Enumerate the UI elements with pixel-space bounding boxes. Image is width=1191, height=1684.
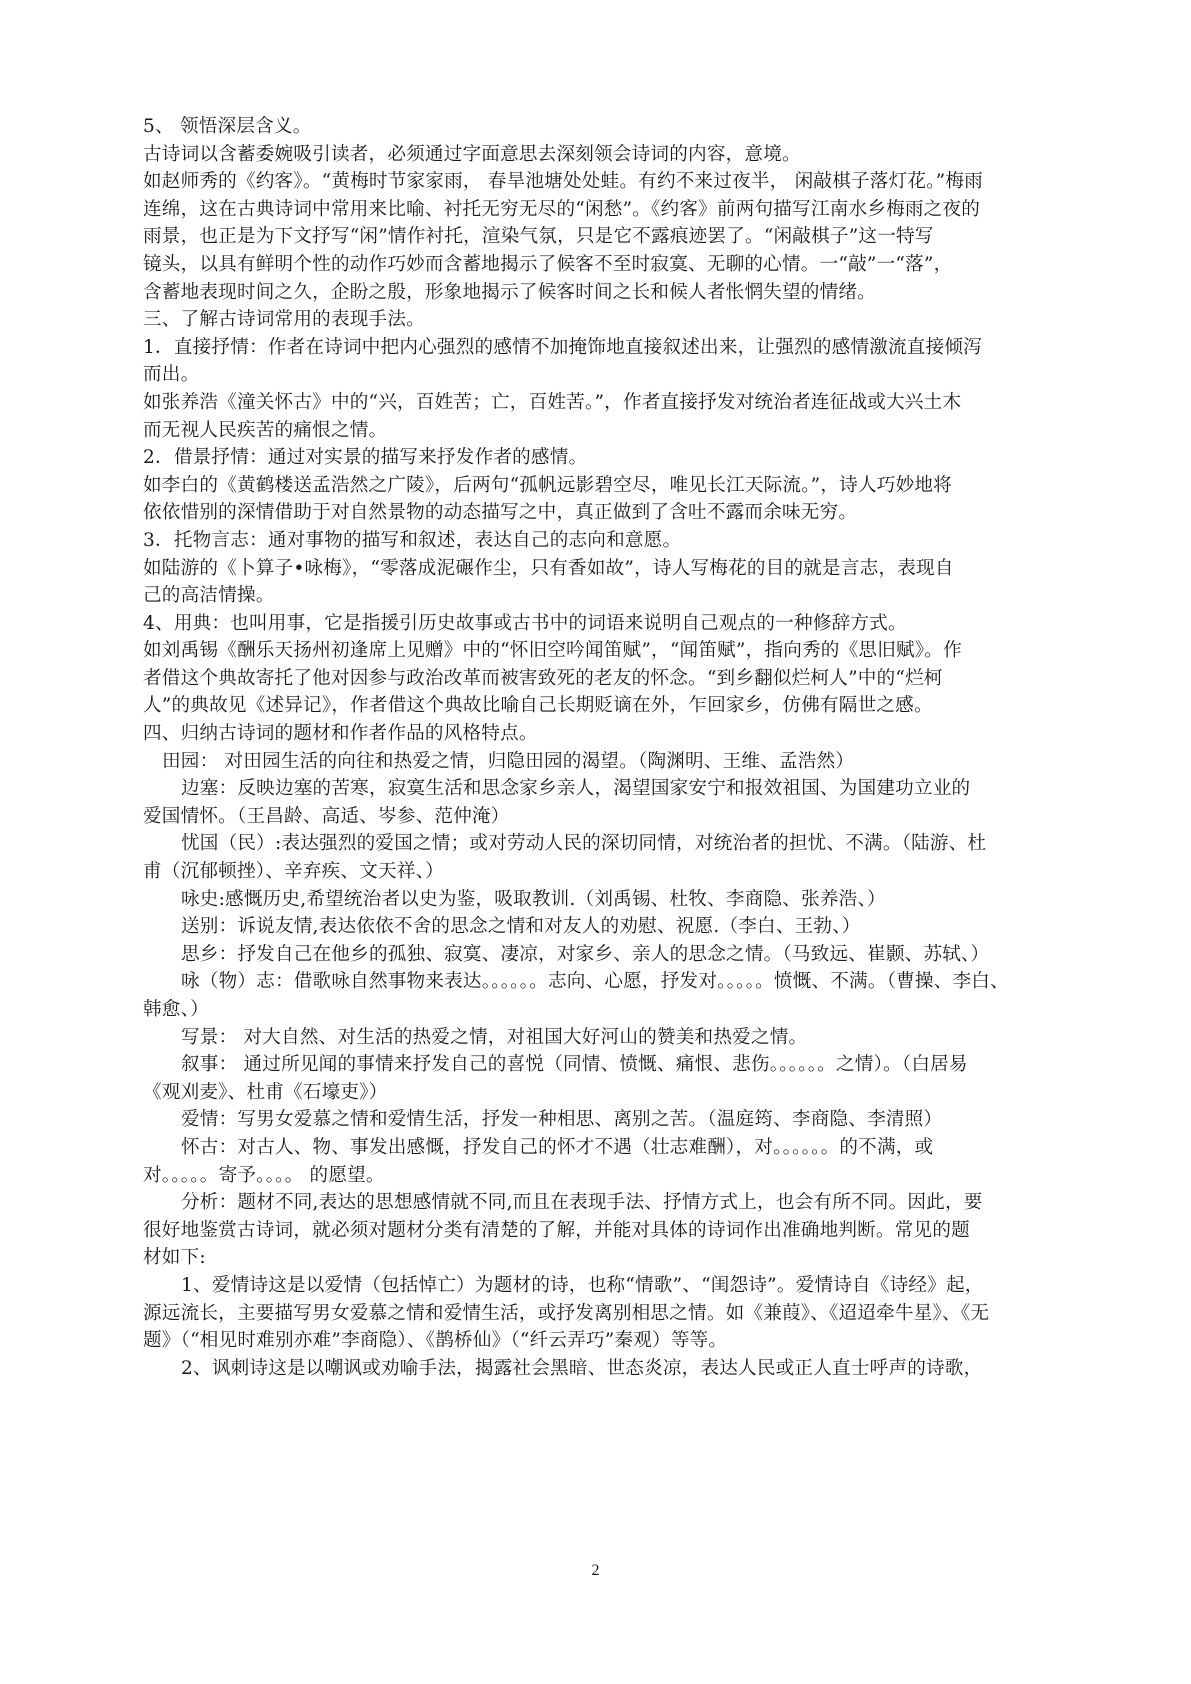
text-line: 材如下:	[143, 1244, 1073, 1272]
text-line: 雨景，也正是为下文抒写“闲”情作衬托，渲染气氛，只是它不露痕迹罢了。“闲敲棋子”…	[143, 223, 1073, 251]
text-line: 含蓄地表现时间之久，企盼之殷，形象地揭示了候客时间之长和候人者怅惘失望的情绪。	[143, 279, 1073, 307]
text-line: 思乡：抒发自己在他乡的孤独、寂寞、凄凉，对家乡、亲人的思念之情。（马致远、崔颢、…	[143, 941, 1073, 969]
text-line: 者借这个典故寄托了他对因参与政治改革而被害致死的老友的怀念。“到乡翻似烂柯人”中…	[143, 665, 1073, 693]
text-line: 送别：诉说友情,表达依依不舍的思念之情和对友人的劝慰、祝愿.（李白、王勃、）	[143, 913, 1073, 941]
text-line: 古诗词以含蓄委婉吸引读者，必须通过字面意思去深刻领会诗词的内容，意境。	[143, 141, 1073, 169]
text-line: 2．借景抒情：通过对实景的描写来抒发作者的感情。	[143, 444, 1073, 472]
text-line: 写景： 对大自然、对生活的热爱之情，对祖国大好河山的赞美和热爱之情。	[143, 1024, 1073, 1052]
text-line: 2、讽刺诗这是以嘲讽或劝喻手法，揭露社会黑暗、世态炎凉，表达人民或正人直士呼声的…	[143, 1355, 1073, 1383]
text-line: 如刘禹锡《酬乐天扬州初逢席上见赠》中的“怀旧空吟闻笛赋”，“闻笛赋”，指向秀的《…	[143, 637, 1073, 665]
text-line: 很好地鉴赏古诗词，就必须对题材分类有清楚的了解，并能对具体的诗词作出准确地判断。…	[143, 1217, 1073, 1245]
text-line: 《观刈麦》、杜甫《石壕吏》）	[143, 1079, 1073, 1107]
text-line: 如陆游的《卜算子•咏梅》，“零落成泥碾作尘，只有香如故”，诗人写梅花的目的就是言…	[143, 555, 1073, 583]
text-line: 连绵，这在古典诗词中常用来比喻、衬托无穷无尽的“闲愁”。《约客》前两句描写江南水…	[143, 196, 1073, 224]
text-line: 源远流长，主要描写男女爱慕之情和爱情生活，或抒发离别相思之情。如《兼葭》、《迢迢…	[143, 1300, 1073, 1328]
text-line: 怀古：对古人、物、事发出感慨，抒发自己的怀才不遇（壮志难酬），对。。。。。。的不…	[143, 1134, 1073, 1162]
text-line: 5、 领悟深层含义。	[143, 113, 1073, 141]
text-line: 三、了解古诗词常用的表现手法。	[143, 306, 1073, 334]
text-line: 而出。	[143, 361, 1073, 389]
text-line: 如赵师秀的《约客》。“黄梅时节家家雨， 春旱池塘处处蛙。有约不来过夜半， 闲敲棋…	[143, 168, 1073, 196]
text-line: 四、归纳古诗词的题材和作者作品的风格特点。	[143, 720, 1073, 748]
text-line: 而无视人民疾苦的痛恨之情。	[143, 417, 1073, 445]
text-line: 叙事： 通过所见闻的事情来抒发自己的喜悦（同情、愤慨、痛恨、悲伤。。。。。。之情…	[143, 1051, 1073, 1079]
text-line: 如李白的《黄鹤楼送孟浩然之广陵》，后两句“孤帆远影碧空尽，唯见长江天际流。”，诗…	[143, 472, 1073, 500]
text-line: 1．直接抒情：作者在诗词中把内心强烈的感情不加掩饰地直接叙述出来，让强烈的感情激…	[143, 334, 1073, 362]
text-line: 依依惜别的深情借助于对自然景物的动态描写之中，真正做到了含吐不露而余味无穷。	[143, 499, 1073, 527]
text-line: 3．托物言志：通对事物的描写和叙述，表达自己的志向和意愿。	[143, 527, 1073, 555]
text-line: 爱情：写男女爱慕之情和爱情生活，抒发一种相思、离别之苦。（温庭筠、李商隐、李清照…	[143, 1106, 1073, 1134]
document-page: 5、 领悟深层含义。古诗词以含蓄委婉吸引读者，必须通过字面意思去深刻领会诗词的内…	[0, 0, 1191, 1684]
text-line: 咏（物）志：借歌咏自然事物来表达。。。。。。志向、心愿，抒发对。。。。。愤慨、不…	[143, 968, 1073, 996]
text-line: 爱国情怀。（王昌龄、高适、岑参、范仲淹）	[143, 803, 1073, 831]
text-line: 人”的典故见《述异记》，作者借这个典故比喻自己长期贬谪在外，乍回家乡，仿佛有隔世…	[143, 692, 1073, 720]
text-line: 如张养浩《潼关怀古》中的“兴，百姓苦；亡，百姓苦。”，作者直接抒发对统治者连征战…	[143, 389, 1073, 417]
text-line: 田园： 对田园生活的向往和热爱之情，归隐田园的渴望。（陶渊明、王维、孟浩然）	[143, 748, 1073, 776]
text-line: 边塞：反映边塞的苦寒，寂寞生活和思念家乡亲人，渴望国家安宁和报效祖国、为国建功立…	[143, 775, 1073, 803]
text-line: 4、用典：也叫用事，它是指援引历史故事或古书中的词语来说明自己观点的一种修辞方式…	[143, 610, 1073, 638]
page-number: 2	[0, 1562, 1191, 1580]
text-line: 甫（沉郁顿挫）、辛弃疾、文天祥、）	[143, 858, 1073, 886]
text-line: 忧国（民）:表达强烈的爱国之情；或对劳动人民的深切同情，对统治者的担忧、不满。（…	[143, 830, 1073, 858]
text-line: 韩愈、）	[143, 996, 1073, 1024]
text-line: 咏史:感慨历史,希望统治者以史为鉴，吸取教训.（刘禹锡、杜牧、李商隐、张养浩、）	[143, 886, 1073, 914]
text-line: 题》（“相见时难别亦难”李商隐）、《鹊桥仙》（“纤云弄巧”秦观）等等。	[143, 1327, 1073, 1355]
document-body: 5、 领悟深层含义。古诗词以含蓄委婉吸引读者，必须通过字面意思去深刻领会诗词的内…	[143, 113, 1073, 1382]
text-line: 镜头，以具有鲜明个性的动作巧妙而含蓄地揭示了候客不至时寂寞、无聊的心情。一“敲”…	[143, 251, 1073, 279]
text-line: 对。。。。。寄予。。。。 的愿望。	[143, 1162, 1073, 1190]
text-line: 1、爱情诗这是以爱情（包括悼亡）为题材的诗，也称“情歌”、“闺怨诗”。爱情诗自《…	[143, 1272, 1073, 1300]
text-line: 己的高洁情操。	[143, 582, 1073, 610]
text-line: 分析：题材不同,表达的思想感情就不同,而且在表现手法、抒情方式上，也会有所不同。…	[143, 1189, 1073, 1217]
